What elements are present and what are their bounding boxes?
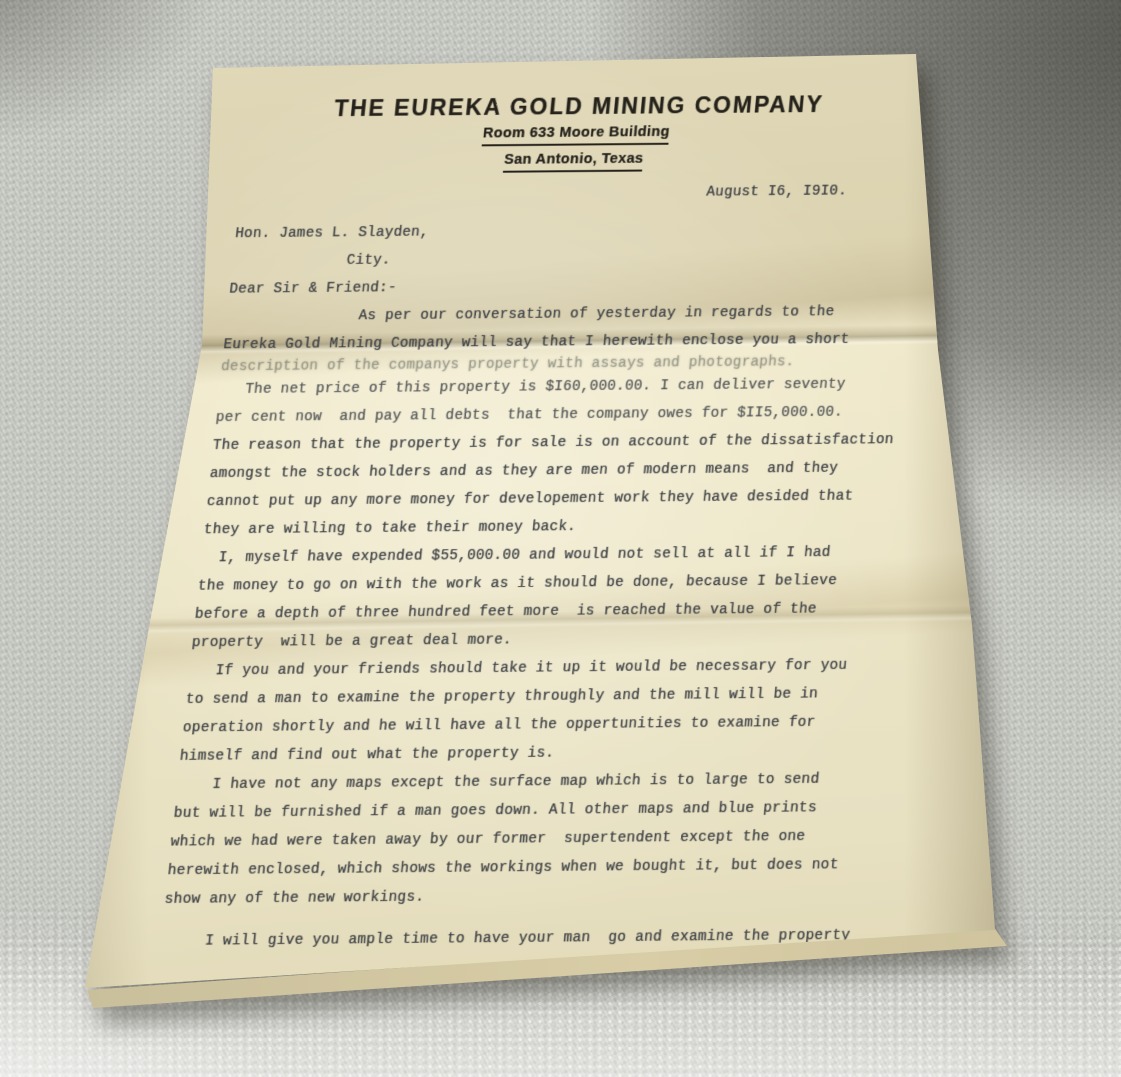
letter-content: THE EUREKA GOLD MINING COMPANY Room 633 … [158, 77, 951, 957]
letterhead: THE EUREKA GOLD MINING COMPANY Room 633 … [241, 91, 910, 175]
letterhead-address-row-2: San Antonio, Texas [241, 147, 905, 175]
letterhead-address-line-2: San Antonio, Texas [503, 149, 644, 173]
letterhead-address-row-1: Room 633 Moore Building [244, 120, 907, 148]
letter-paper-wrap: THE EUREKA GOLD MINING COMPANY Room 633 … [0, 0, 1121, 1077]
company-name: THE EUREKA GOLD MINING COMPANY [247, 91, 910, 122]
letter-line: show any of the new workings. [163, 879, 882, 914]
recipient-block: Hon. James L. Slayden, City. [231, 214, 939, 276]
letterhead-address-line-1: Room 633 Moore Building [482, 122, 671, 146]
date-line: August I6, I9I0. [238, 177, 943, 211]
letter-paper: THE EUREKA GOLD MINING COMPANY Room 633 … [85, 52, 995, 990]
letter-body: As per our conversation of yesterday in … [158, 297, 932, 956]
photo-of-letter: THE EUREKA GOLD MINING COMPANY Room 633 … [0, 0, 1121, 1077]
